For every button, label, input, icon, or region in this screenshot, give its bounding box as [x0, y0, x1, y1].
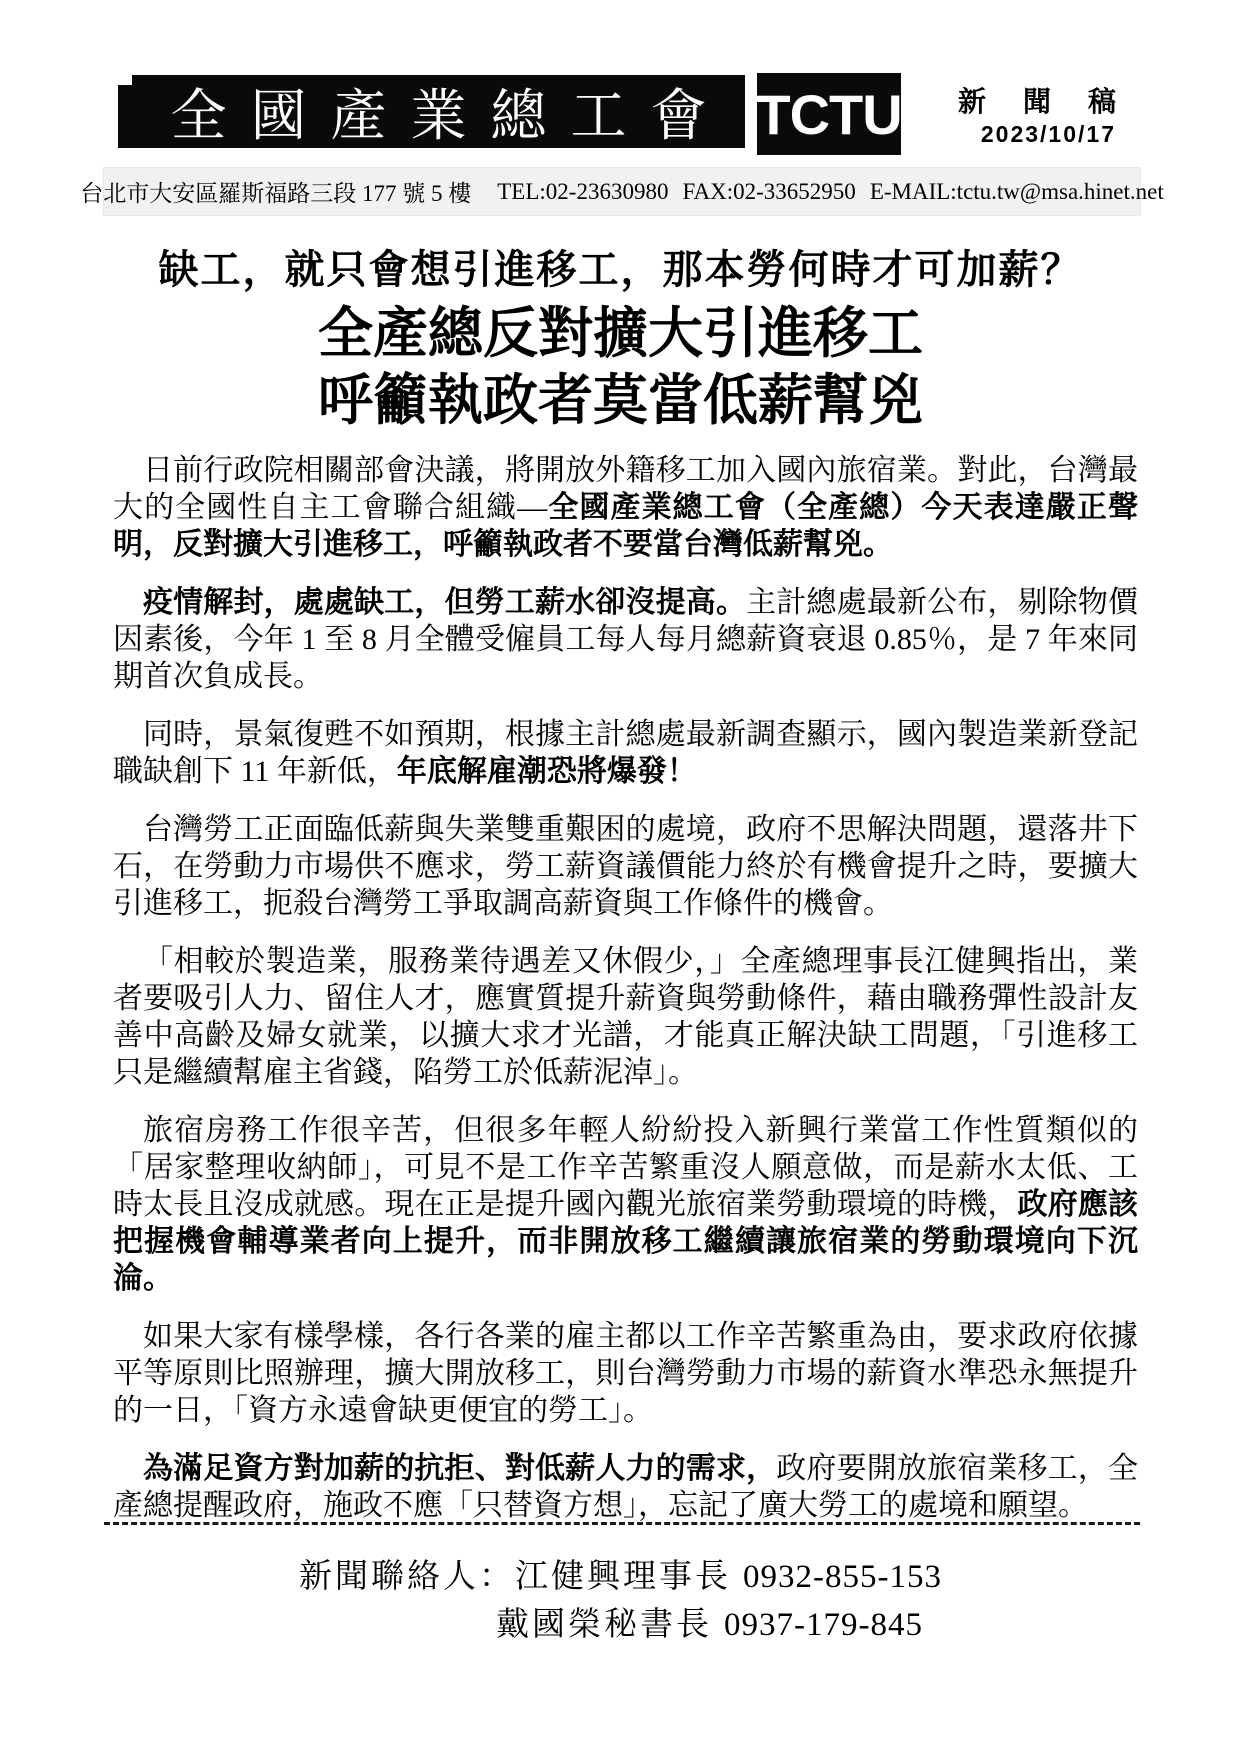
paragraph: 疫情解封，處處缺工，但勞工薪水卻沒提高。主計總處最新公布，剔除物價因素後，今年 … — [113, 584, 1138, 695]
paragraph-segment: 台灣勞工正面臨低薪與失業雙重艱困的處境，政府不思解決問題，還落井下石，在勞動力市… — [113, 813, 1138, 920]
doc-type-char: 新 — [958, 87, 986, 117]
main-title: 全產總反對擴大引進移工 呼籲執政者莫當低薪幫兇 — [0, 300, 1241, 434]
org-fax: FAX:02-33652950 — [682, 179, 855, 205]
kicker-title: 缺工，就只會想引進移工，那本勞何時才可加薪？ — [0, 238, 1241, 295]
paragraph: 為滿足資方對加薪的抗拒、對低薪人力的需求，政府要開放旅宿業移工，全產總提醒政府，… — [113, 1450, 1138, 1524]
paragraph-segment-bold: 為滿足資方對加薪的抗拒、對低薪人力的需求， — [143, 1452, 776, 1485]
paragraph-segment-bold: 年底解雇潮恐將爆發！ — [397, 755, 697, 788]
dashed-divider — [104, 1522, 1140, 1525]
paragraph: 同時，景氣復甦不如預期，根據主計總處最新調查顯示，國內製造業新登記職缺創下 11… — [113, 716, 1138, 790]
org-tel: TEL:02-23630980 — [497, 179, 668, 205]
org-name-banner: 全國產業總工會 — [132, 75, 745, 148]
paragraph-segment-bold: 疫情解封，處處缺工，但勞工薪水卻沒提高。 — [143, 586, 746, 619]
paragraph-segment: 旅宿房務工作很辛苦，但很多年輕人紛紛投入新興行業當工作性質類似的「居家整理收納師… — [113, 1114, 1138, 1221]
contact-name: 江健興理事長 — [515, 1559, 731, 1595]
press-release-meta: 新 聞 稿 2023/10/17 — [958, 87, 1116, 148]
org-abbr-box: TCTU — [757, 73, 901, 155]
paragraph-segment: 「相較於製造業，服務業待遇差又休假少，」全產總理事長江健興指出，業者要吸引人力、… — [113, 945, 1138, 1089]
doc-date: 2023/10/17 — [958, 121, 1116, 148]
paragraph-segment: 如果大家有樣學樣，各行各業的雇主都以工作辛苦繁重為由，要求政府依據平等原則比照辦… — [113, 1320, 1138, 1427]
address-bar: 台北市大安區羅斯福路三段 177 號 5 樓 TEL:02-23630980 F… — [103, 167, 1141, 216]
org-abbr: TCTU — [756, 82, 901, 147]
doc-type-label: 新 聞 稿 — [958, 87, 1116, 117]
main-title-line2: 呼籲執政者莫當低薪幫兇 — [0, 367, 1241, 434]
doc-type-char: 稿 — [1088, 87, 1116, 117]
contact-line-1: 新聞聯絡人：江健興理事長0932-855-153 — [0, 1557, 1241, 1597]
contact-name: 戴國榮秘書長 — [496, 1607, 712, 1643]
contact-line-2: 戴國榮秘書長0937-179-845 — [178, 1605, 1241, 1645]
contact-phone: 0937-179-845 — [724, 1607, 923, 1643]
org-name: 全國產業總工會 — [147, 72, 731, 152]
paragraph: 台灣勞工正面臨低薪與失業雙重艱困的處境，政府不思解決問題，還落井下石，在勞動力市… — [113, 811, 1138, 922]
contact-label: 新聞聯絡人： — [299, 1559, 515, 1595]
press-release-page: 全國產業總工會 TCTU 新 聞 稿 2023/10/17 台北市大安區羅斯福路… — [0, 0, 1241, 1754]
org-email: E-MAIL:tctu.tw@msa.hinet.net — [870, 179, 1164, 205]
header-banner: 全國產業總工會 TCTU 新 聞 稿 2023/10/17 — [118, 73, 1138, 157]
contact-block: 新聞聯絡人：江健興理事長0932-855-153 戴國榮秘書長0937-179-… — [0, 1557, 1241, 1645]
doc-type-char: 聞 — [1023, 87, 1051, 117]
paragraph: 日前行政院相關部會決議，將開放外籍移工加入國內旅宿業。對此，台灣最大的全國性自主… — [113, 452, 1138, 563]
body-paragraphs: 日前行政院相關部會決議，將開放外籍移工加入國內旅宿業。對此，台灣最大的全國性自主… — [113, 452, 1138, 1545]
paragraph: 「相較於製造業，服務業待遇差又休假少，」全產總理事長江健興指出，業者要吸引人力、… — [113, 943, 1138, 1091]
paragraph: 旅宿房務工作很辛苦，但很多年輕人紛紛投入新興行業當工作性質類似的「居家整理收納師… — [113, 1112, 1138, 1297]
paragraph: 如果大家有樣學樣，各行各業的雇主都以工作辛苦繁重為由，要求政府依據平等原則比照辦… — [113, 1318, 1138, 1429]
contact-phone: 0932-855-153 — [743, 1559, 942, 1595]
main-title-line1: 全產總反對擴大引進移工 — [0, 300, 1241, 367]
org-address: 台北市大安區羅斯福路三段 177 號 5 樓 — [80, 175, 471, 208]
